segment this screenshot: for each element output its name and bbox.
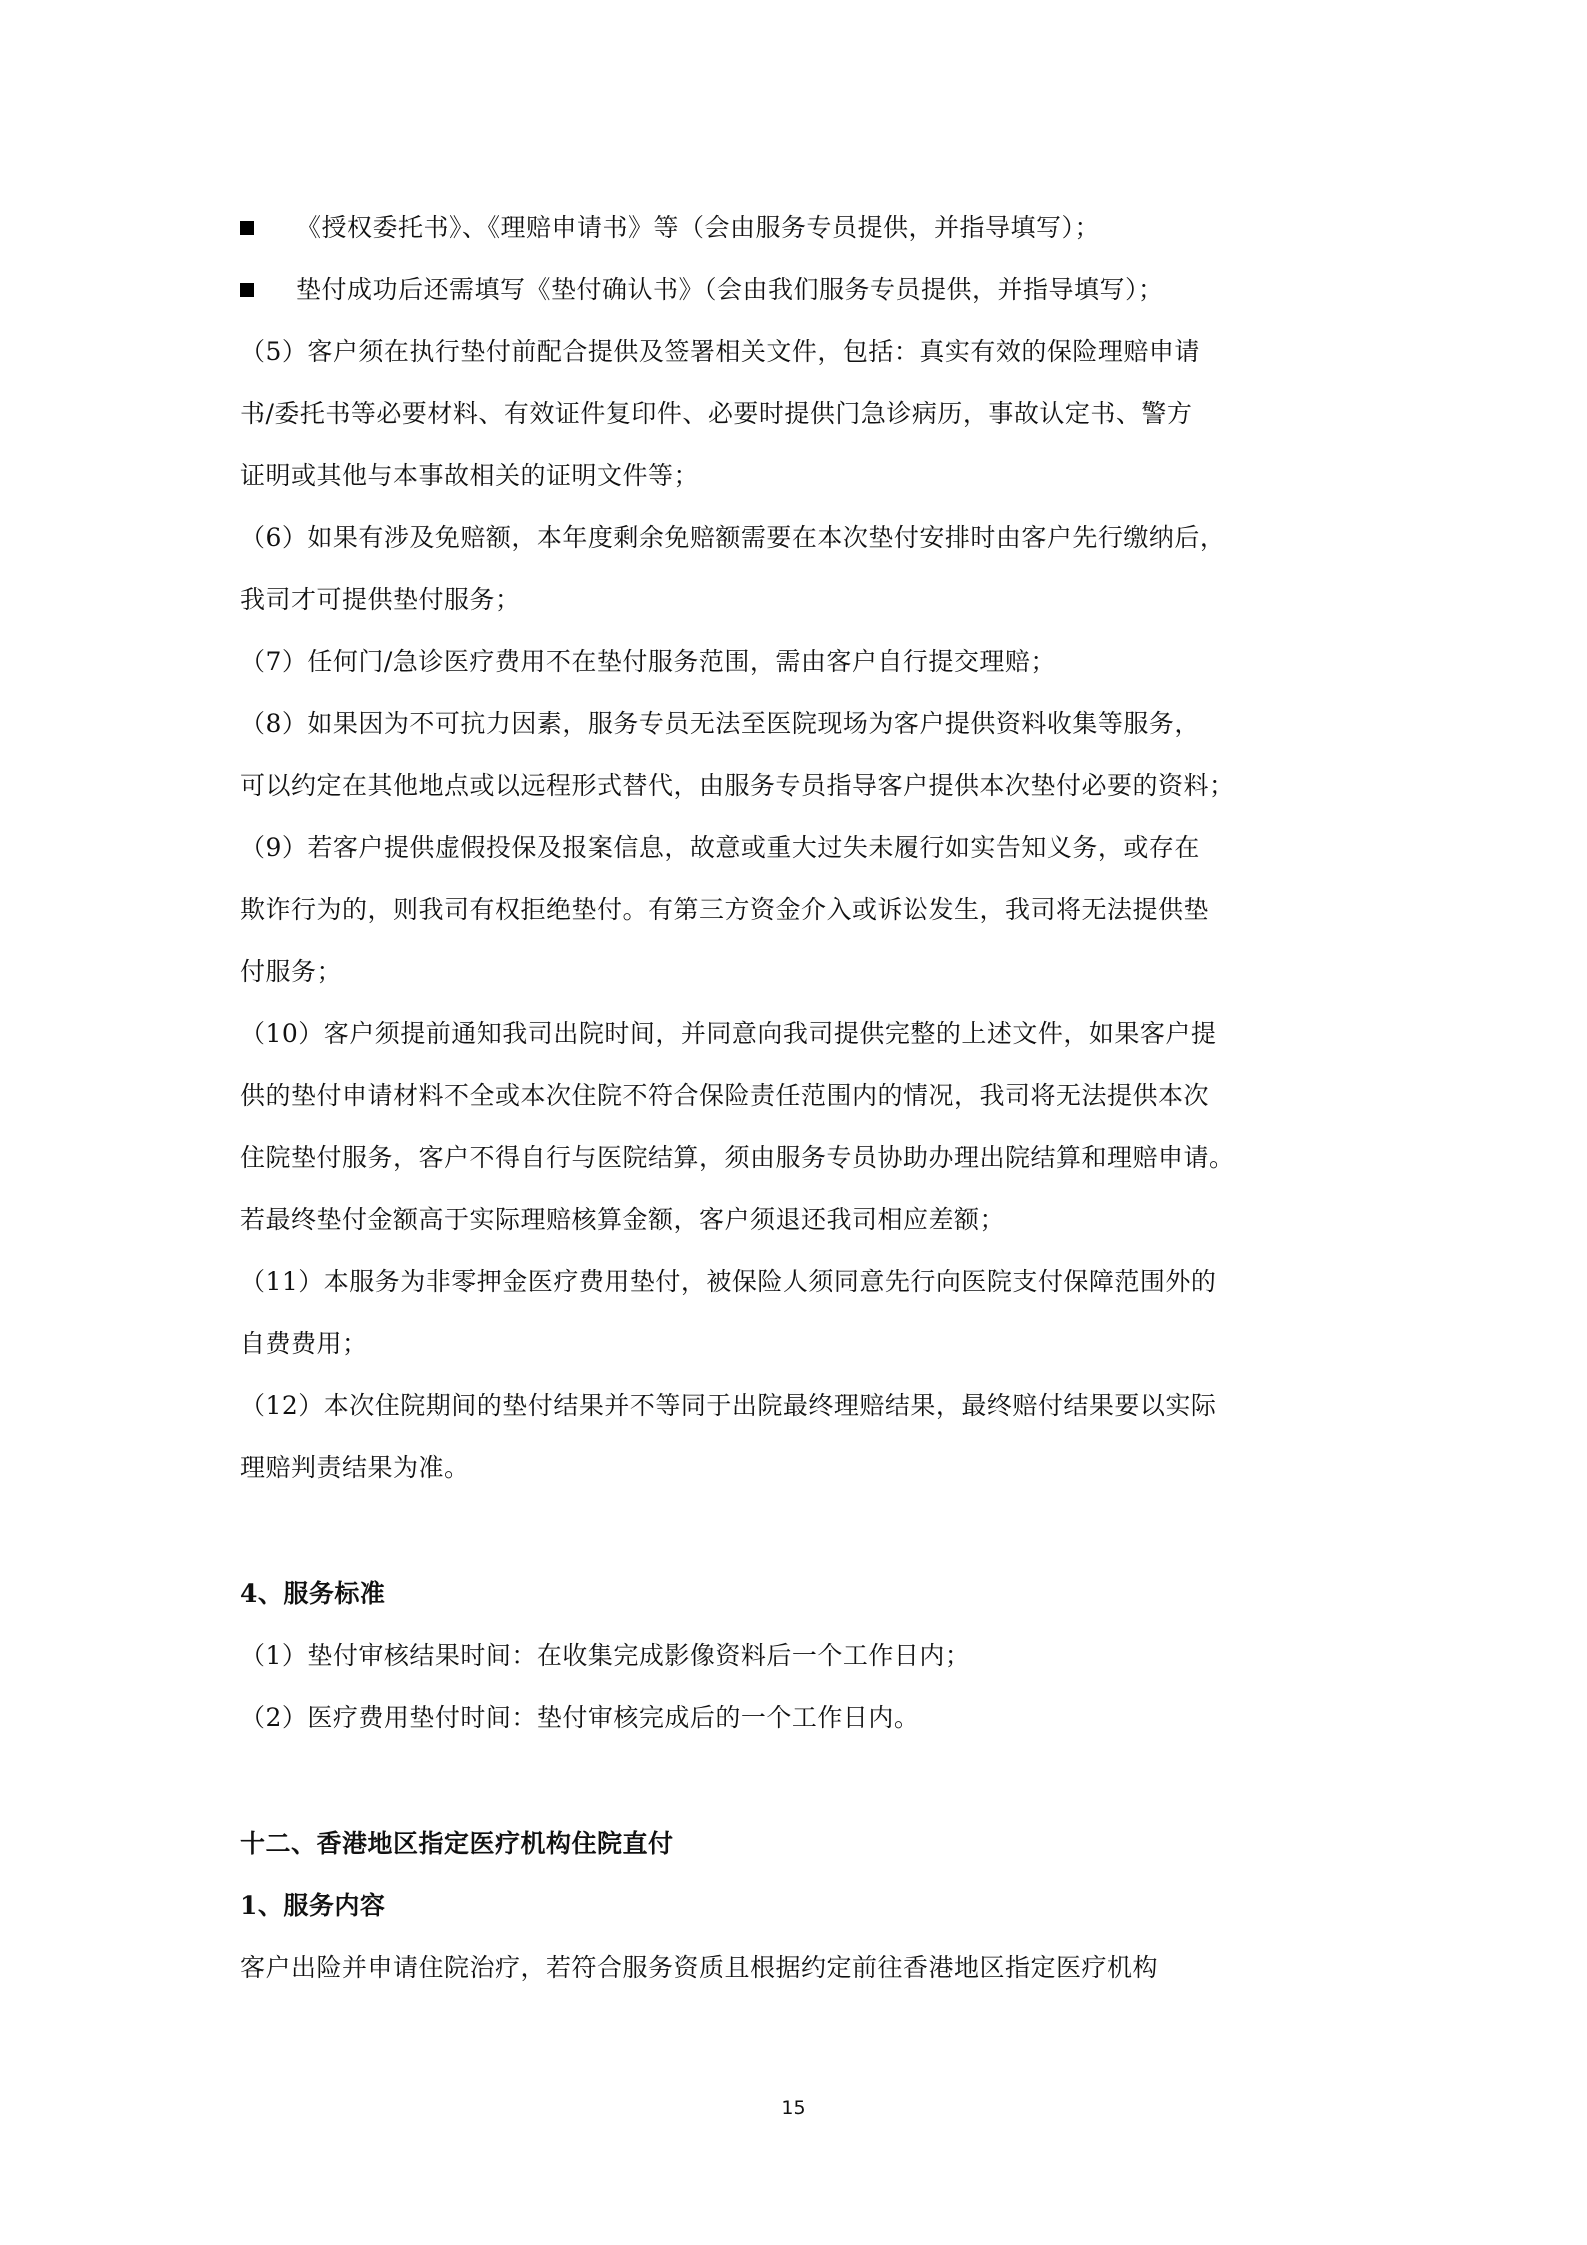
item-10-line: 住院垫付服务，客户不得自行与医院结算，须由服务专员协助办理出院结算和理赔申请。 bbox=[240, 1142, 1355, 1174]
item-12-line: （12）本次住院期间的垫付结果并不等同于出院最终理赔结果，最终赔付结果要以实际 bbox=[240, 1390, 1355, 1422]
service-standard-item: （2）医疗费用垫付时间：垫付审核完成后的一个工作日内。 bbox=[240, 1702, 1355, 1734]
bullet-item: 《授权委托书》、《理赔申请书》等（会由服务专员提供，并指导填写）； bbox=[240, 212, 1355, 244]
section-paragraph: 客户出险并申请住院治疗，若符合服务资质且根据约定前往香港地区指定医疗机构 bbox=[240, 1952, 1355, 1984]
document-page: 《授权委托书》、《理赔申请书》等（会由服务专员提供，并指导填写）； 垫付成功后还… bbox=[0, 0, 1587, 2245]
item-10-line: 若最终垫付金额高于实际理赔核算金额，客户须退还我司相应差额； bbox=[240, 1204, 1355, 1236]
service-standard-item: （1）垫付审核结果时间：在收集完成影像资料后一个工作日内； bbox=[240, 1640, 1355, 1672]
bullet-text: 垫付成功后还需填写《垫付确认书》（会由我们服务专员提供，并指导填写）； bbox=[296, 275, 1164, 304]
square-bullet-icon bbox=[240, 221, 254, 235]
item-9-line: 欺诈行为的，则我司有权拒绝垫付。有第三方资金介入或诉讼发生，我司将无法提供垫 bbox=[240, 894, 1355, 926]
item-5-line: （5）客户须在执行垫付前配合提供及签署相关文件，包括：真实有效的保险理赔申请 bbox=[240, 336, 1355, 368]
bullet-item: 垫付成功后还需填写《垫付确认书》（会由我们服务专员提供，并指导填写）； bbox=[240, 274, 1355, 306]
item-6-line: 我司才可提供垫付服务； bbox=[240, 584, 1355, 616]
item-9-line: （9）若客户提供虚假投保及报案信息，故意或重大过失未履行如实告知义务，或存在 bbox=[240, 832, 1355, 864]
item-11-line: （11）本服务为非零押金医疗费用垫付，被保险人须同意先行向医院支付保障范围外的 bbox=[240, 1266, 1355, 1298]
item-5-line: 书/委托书等必要材料、有效证件复印件、必要时提供门急诊病历，事故认定书、警方 bbox=[240, 398, 1355, 430]
page-number: 15 bbox=[0, 2097, 1587, 2119]
section-title: 十二、香港地区指定医疗机构住院直付 bbox=[240, 1828, 1355, 1860]
bullet-text: 《授权委托书》、《理赔申请书》等（会由服务专员提供，并指导填写）； bbox=[296, 213, 1100, 242]
item-8-line: 可以约定在其他地点或以远程形式替代，由服务专员指导客户提供本次垫付必要的资料； bbox=[240, 770, 1355, 802]
item-10-line: （10）客户须提前通知我司出院时间，并同意向我司提供完整的上述文件，如果客户提 bbox=[240, 1018, 1355, 1050]
square-bullet-icon bbox=[240, 283, 254, 297]
item-5-line: 证明或其他与本事故相关的证明文件等； bbox=[240, 460, 1355, 492]
item-8-line: （8）如果因为不可抗力因素，服务专员无法至医院现场为客户提供资料收集等服务， bbox=[240, 708, 1355, 740]
item-10-line: 供的垫付申请材料不全或本次住院不符合保险责任范围内的情况，我司将无法提供本次 bbox=[240, 1080, 1355, 1112]
item-12-line: 理赔判责结果为准。 bbox=[240, 1452, 1355, 1484]
section-heading-service-standard: 4、服务标准 bbox=[240, 1578, 1355, 1610]
item-9-line: 付服务； bbox=[240, 956, 1355, 988]
subheading-service-content: 1、服务内容 bbox=[240, 1890, 1355, 1922]
item-6-line: （6）如果有涉及免赔额，本年度剩余免赔额需要在本次垫付安排时由客户先行缴纳后， bbox=[240, 522, 1355, 554]
item-11-line: 自费费用； bbox=[240, 1328, 1355, 1360]
item-7-line: （7）任何门/急诊医疗费用不在垫付服务范围，需由客户自行提交理赔； bbox=[240, 646, 1355, 678]
